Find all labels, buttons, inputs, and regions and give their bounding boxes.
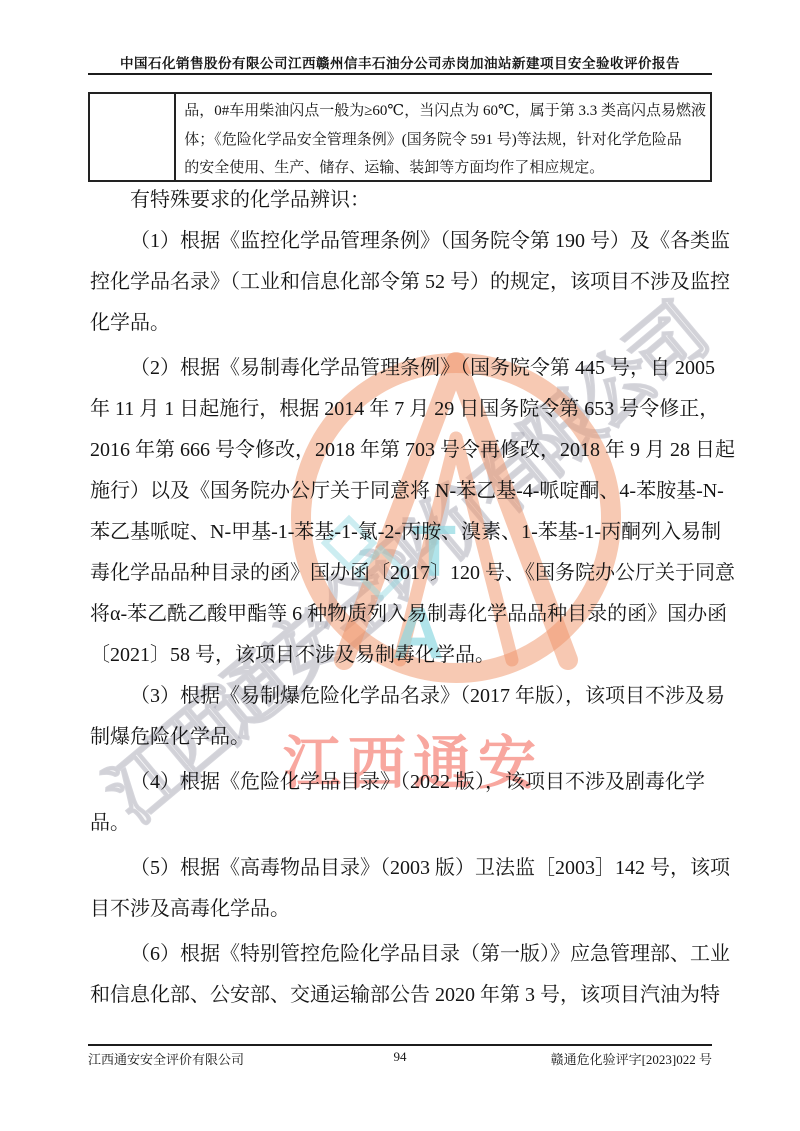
footer-page-number: 94 bbox=[338, 1049, 463, 1068]
paragraph-2: （2）根据《易制毒化学品管理条例》（国务院令第 445 号，自 2005 年 1… bbox=[90, 348, 714, 676]
body-text-line: 年 11 月 1 日起施行，根据 2014 年 7 月 29 日国务院令第 65… bbox=[90, 389, 714, 430]
table-cell-empty bbox=[90, 94, 176, 180]
body-text-line: （6）根据《特别管控危险化学品目录（第一版）》应急管理部、工业 bbox=[90, 934, 714, 975]
body-text-line: 毒化学品品种目录的函》国办函〔2017〕120 号、《国务院办公厅关于同意 bbox=[90, 553, 714, 594]
body-text-line: 施行）以及《国务院办公厅关于同意将 N-苯乙基-4-哌啶酮、4-苯胺基-N- bbox=[90, 471, 714, 512]
page-footer: 江西通安安全评价有限公司 94 赣通危化验评字[2023]022 号 bbox=[88, 1049, 712, 1068]
table-text-line: 品，0#车用柴油闪点一般为≥60℃，当闪点为 60℃，属于第 3.3 类高闪点易… bbox=[184, 97, 706, 126]
body-text-line: 2016 年第 666 号令修改，2018 年第 703 号令再修改，2018 … bbox=[90, 430, 714, 471]
body-text-line: 制爆危险化学品。 bbox=[90, 717, 714, 758]
body-text-line: 〔2021〕58 号，该项目不涉及易制毒化学品。 bbox=[90, 635, 714, 676]
body-text-line: 品。 bbox=[90, 803, 714, 844]
paragraph-4: （4）根据《危险化学品目录》（2022 版），该项目不涉及剧毒化学 品。 bbox=[90, 762, 714, 844]
header-rule bbox=[88, 73, 712, 75]
footer-company: 江西通安安全评价有限公司 bbox=[88, 1049, 338, 1068]
body-text-line: 目不涉及高毒化学品。 bbox=[90, 889, 714, 930]
body-text-line: （2）根据《易制毒化学品管理条例》（国务院令第 445 号，自 2005 bbox=[90, 348, 714, 389]
body-text-line: （1）根据《监控化学品管理条例》（国务院令第 190 号）及《各类监 bbox=[90, 221, 714, 262]
body-content: 有特殊要求的化学品辨识： （1）根据《监控化学品管理条例》（国务院令第 190 … bbox=[90, 180, 714, 1016]
report-page: 江西通安全评价有限公司 T A 江西通安 中国石化销售股份有限公司江西赣州信丰石… bbox=[0, 0, 800, 1131]
body-text-line: 化学品。 bbox=[90, 303, 714, 344]
body-text-line: 和信息化部、公安部、交通运输部公告 2020 年第 3 号，该项目汽油为特 bbox=[90, 975, 714, 1016]
paragraph-5: （5）根据《高毒物品目录》（2003 版）卫法监［2003］142 号，该项 目… bbox=[90, 848, 714, 930]
body-text-line: （4）根据《危险化学品目录》（2022 版），该项目不涉及剧毒化学 bbox=[90, 762, 714, 803]
table-text-line: 的安全使用、生产、储存、运输、装卸等方面均作了相应规定。 bbox=[184, 154, 706, 183]
page-header-title: 中国石化销售股份有限公司江西赣州信丰石油分公司赤岗加油站新建项目安全验收评价报告 bbox=[60, 52, 740, 72]
body-text-line: 苯乙基哌啶、N-甲基-1-苯基-1-氯-2-丙胺、溴素、1-苯基-1-丙酮列入易… bbox=[90, 512, 714, 553]
body-text-line: （5）根据《高毒物品目录》（2003 版）卫法监［2003］142 号，该项 bbox=[90, 848, 714, 889]
footer-rule bbox=[88, 1044, 712, 1046]
body-text-line: （3）根据《易制爆危险化学品名录》（2017 年版），该项目不涉及易 bbox=[90, 676, 714, 717]
paragraph-3: （3）根据《易制爆危险化学品名录》（2017 年版），该项目不涉及易 制爆危险化… bbox=[90, 676, 714, 758]
footer-doc-number: 赣通危化验评字[2023]022 号 bbox=[462, 1049, 712, 1068]
table-text-line: 体；《危险化学品安全管理条例》(国务院令 591 号)等法规，针对化学危险品 bbox=[184, 126, 706, 155]
chemical-table: 品，0#车用柴油闪点一般为≥60℃，当闪点为 60℃，属于第 3.3 类高闪点易… bbox=[88, 92, 712, 182]
paragraph-1: （1）根据《监控化学品管理条例》（国务院令第 190 号）及《各类监 控化学品名… bbox=[90, 221, 714, 344]
body-text-line: 将α-苯乙酰乙酸甲酯等 6 种物质列入易制毒化学品品种目录的函》国办函 bbox=[90, 594, 714, 635]
body-text-line: 控化学品名录》（工业和信息化部令第 52 号）的规定，该项目不涉及监控 bbox=[90, 262, 714, 303]
table-cell-text: 品，0#车用柴油闪点一般为≥60℃，当闪点为 60℃，属于第 3.3 类高闪点易… bbox=[176, 94, 710, 180]
intro-line: 有特殊要求的化学品辨识： bbox=[90, 180, 714, 221]
paragraph-6: （6）根据《特别管控危险化学品目录（第一版）》应急管理部、工业 和信息化部、公安… bbox=[90, 934, 714, 1016]
